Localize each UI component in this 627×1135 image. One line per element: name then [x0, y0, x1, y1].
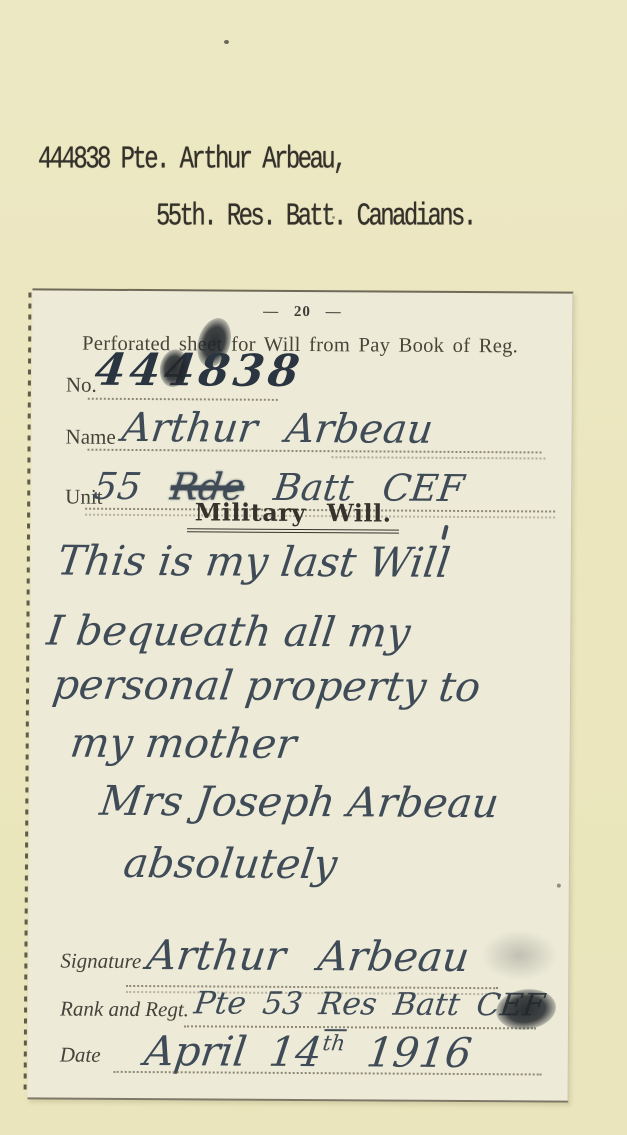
perforated-edge [24, 292, 32, 1095]
no-field-value: 444838 [92, 345, 306, 397]
document-page: 444838 Pte. Arthur Arbeau, 55th. Res. Ba… [0, 0, 627, 1135]
paper-speck [332, 216, 335, 219]
signature-value: Arthur Arbeau [144, 931, 472, 981]
paper-speck [557, 884, 561, 888]
card-page-number: — 20 — [32, 302, 572, 322]
dotted-rule [331, 456, 545, 459]
signature-label: Signature [60, 949, 141, 974]
name-field-label: Name [65, 425, 115, 450]
will-body-line: Mrs Joseph Arbeau [97, 777, 502, 827]
rank-regt-label: Rank and Regt. [60, 997, 189, 1023]
will-body-line: personal property to [50, 661, 483, 712]
dotted-rule [87, 449, 541, 454]
dotted-rule [88, 398, 278, 401]
date-value: April 14th 1916 [142, 1027, 475, 1077]
typed-header-line1: 444838 Pte. Arthur Arbeau, [38, 143, 345, 178]
paper-speck [224, 40, 229, 44]
rank-regt-value: Pte 53 Res Batt CEF [192, 985, 547, 1023]
name-field-value: Arthur Arbeau [119, 405, 435, 453]
ink-smudge [480, 929, 558, 981]
will-form-card: — 20 — Perforated sheet for Will from Pa… [28, 288, 574, 1102]
date-ordinal-suffix: th [321, 1031, 347, 1056]
will-body-line: my mother [68, 719, 300, 768]
date-day: April 14 [142, 1027, 325, 1076]
will-body-line: This is my last Will [55, 537, 453, 587]
date-label: Date [60, 1043, 101, 1068]
will-heading: Military Will. [187, 497, 400, 533]
will-body-line: absolutely [121, 839, 340, 888]
will-body-line: I bequeath all my [44, 606, 413, 656]
will-heading-wrap: Military Will. [31, 496, 555, 534]
typed-header-line2: 55th. Res. Batt. Canadians. [156, 200, 475, 235]
date-year: 1916 [364, 1028, 475, 1077]
